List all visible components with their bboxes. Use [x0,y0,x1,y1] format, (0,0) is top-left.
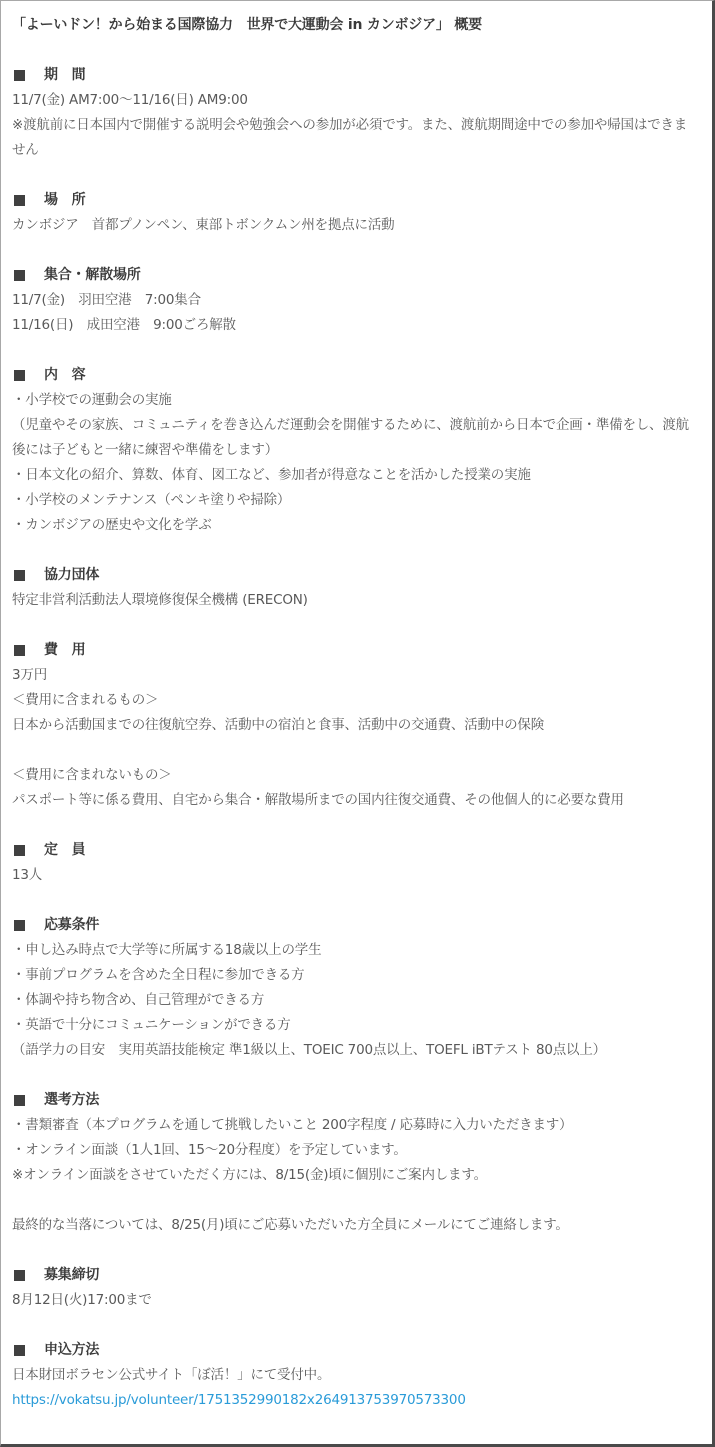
list-item: ・書類審査（本プログラムを通して挑戦したいこと 200字程度 / 応募時に入力い… [12,1113,712,1138]
list-item: ・日本文化の紹介、算数、体育、図工など、参加者が得意なことを活かした授業の実施 [12,463,712,488]
selection-result-note: 最終的な当落については、8/25(月)頃にご応募いただいた方全員にメールにてご連… [12,1213,712,1238]
heading-label: 内 容 [44,363,85,388]
cost-excluded-label: ＜費用に含まれないもの＞ [12,763,712,788]
section-deadline: 募集締切 8月12日(火)17:00まで [12,1263,712,1313]
cost-included-label: ＜費用に含まれるもの＞ [12,688,712,713]
cost-excluded-text: パスポート等に係る費用、自宅から集合・解散場所までの国内往復交通費、その他個人的… [12,788,712,813]
heading-label: 申込方法 [44,1338,99,1363]
section-content: 内 容 ・小学校での運動会の実施 （児童やその家族、コミュニティを巻き込んだ運動… [12,363,712,538]
section-requirements: 応募条件 ・申し込み時点で大学等に所属する18歳以上の学生 ・事前プログラムを含… [12,913,712,1063]
heading-label: 定 員 [44,838,85,863]
place-text: カンボジア 首都プノンペン、東部トボンクムン州を拠点に活動 [12,213,712,238]
section-heading: 期 間 [12,63,712,88]
square-bullet-icon [14,920,25,931]
section-heading: 申込方法 [12,1338,712,1363]
square-bullet-icon [14,370,25,381]
spacer [12,1188,712,1213]
section-place: 場 所 カンボジア 首都プノンペン、東部トボンクムン州を拠点に活動 [12,188,712,238]
deadline-value: 8月12日(火)17:00まで [12,1288,712,1313]
square-bullet-icon [14,845,25,856]
square-bullet-icon [14,645,25,656]
section-heading: 集合・解散場所 [12,263,712,288]
section-heading: 費 用 [12,638,712,663]
spacer [12,738,712,763]
section-meeting: 集合・解散場所 11/7(金) 羽田空港 7:00集合 11/16(日) 成田空… [12,263,712,338]
list-item: ・小学校での運動会の実施 [12,388,712,413]
apply-text: 日本財団ボラセン公式サイト「ぼ活！」にて受付中。 [12,1363,712,1388]
square-bullet-icon [14,1095,25,1106]
section-heading: 内 容 [12,363,712,388]
list-item: ・申し込み時点で大学等に所属する18歳以上の学生 [12,938,712,963]
list-item-note: （児童やその家族、コミュニティを巻き込んだ運動会を開催するために、渡航前から日本… [12,413,712,463]
list-item-note: （語学力の目安 実用英語技能検定 準1級以上、TOEIC 700点以上、TOEF… [12,1038,712,1063]
square-bullet-icon [14,195,25,206]
section-partner: 協力団体 特定非営利活動法人環境修復保全機構 (ERECON) [12,563,712,613]
heading-label: 協力団体 [44,563,99,588]
section-heading: 募集締切 [12,1263,712,1288]
section-heading: 定 員 [12,838,712,863]
section-capacity: 定 員 13人 [12,838,712,888]
document-title: 「よーいドン！から始まる国際協力 世界で大運動会 in カンボジア」 概要 [12,13,712,38]
heading-label: 選考方法 [44,1088,99,1113]
heading-label: 期 間 [44,63,85,88]
list-item: ・カンボジアの歴史や文化を学ぶ [12,513,712,538]
section-heading: 場 所 [12,188,712,213]
meeting-gather: 11/7(金) 羽田空港 7:00集合 [12,288,712,313]
capacity-value: 13人 [12,863,712,888]
section-cost: 費 用 3万円 ＜費用に含まれるもの＞ 日本から活動国までの往復航空券、活動中の… [12,638,712,813]
heading-label: 費 用 [44,638,85,663]
section-selection: 選考方法 ・書類審査（本プログラムを通して挑戦したいこと 200字程度 / 応募… [12,1088,712,1238]
square-bullet-icon [14,70,25,81]
selection-note: ※オンライン面談をさせていただく方には、8/15(金)頃に個別にご案内します。 [12,1163,712,1188]
square-bullet-icon [14,270,25,281]
partner-name: 特定非営利活動法人環境修復保全機構 (ERECON) [12,588,712,613]
section-period: 期 間 11/7(金) AM7:00～11/16(日) AM9:00 ※渡航前に… [12,63,712,163]
period-note: ※渡航前に日本国内で開催する説明会や勉強会への参加が必須です。また、渡航期間途中… [12,113,712,163]
meeting-dismiss: 11/16(日) 成田空港 9:00ごろ解散 [12,313,712,338]
heading-label: 募集締切 [44,1263,99,1288]
cost-amount: 3万円 [12,663,712,688]
list-item: ・英語で十分にコミュニケーションができる方 [12,1013,712,1038]
heading-label: 場 所 [44,188,85,213]
heading-label: 応募条件 [44,913,99,938]
list-item: ・オンライン面談（1人1回、15～20分程度）を予定しています。 [12,1138,712,1163]
section-apply: 申込方法 日本財団ボラセン公式サイト「ぼ活！」にて受付中。 https://vo… [12,1338,712,1413]
square-bullet-icon [14,1345,25,1356]
heading-label: 集合・解散場所 [44,263,141,288]
list-item: ・事前プログラムを含めた全日程に参加できる方 [12,963,712,988]
overview-document: 「よーいドン！から始まる国際協力 世界で大運動会 in カンボジア」 概要 期 … [0,0,715,1447]
apply-link[interactable]: https://vokatsu.jp/volunteer/17513529901… [12,1392,466,1408]
period-dates: 11/7(金) AM7:00～11/16(日) AM9:00 [12,88,712,113]
section-heading: 協力団体 [12,563,712,588]
square-bullet-icon [14,1270,25,1281]
section-heading: 選考方法 [12,1088,712,1113]
list-item: ・体調や持ち物含め、自己管理ができる方 [12,988,712,1013]
square-bullet-icon [14,570,25,581]
list-item: ・小学校のメンテナンス（ペンキ塗りや掃除） [12,488,712,513]
cost-included-text: 日本から活動国までの往復航空券、活動中の宿泊と食事、活動中の交通費、活動中の保険 [12,713,712,738]
section-heading: 応募条件 [12,913,712,938]
